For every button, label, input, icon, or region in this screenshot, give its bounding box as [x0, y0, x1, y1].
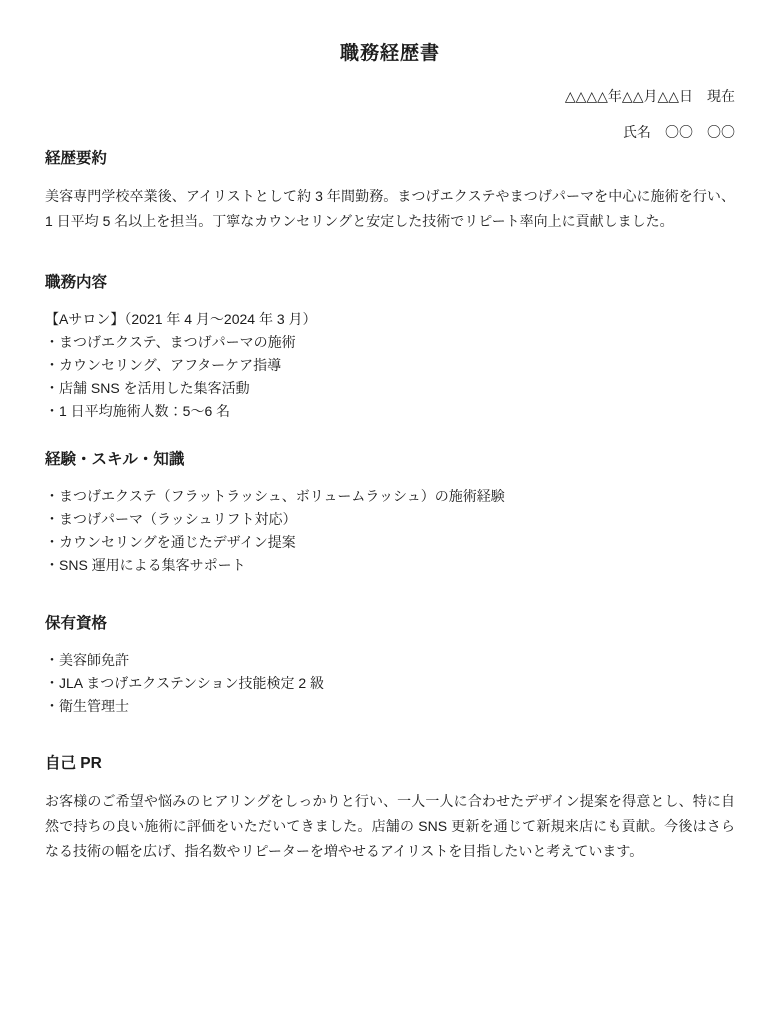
list-item: ・SNS 運用による集客サポート	[45, 554, 735, 577]
list-item: ・店舗 SNS を活用した集客活動	[45, 377, 735, 400]
section-heading-self-pr: 自己 PR	[45, 753, 735, 775]
list-item: ・まつげエクステ、まつげパーマの施術	[45, 331, 735, 354]
document-title: 職務経歴書	[45, 42, 735, 66]
section-heading-skills-knowledge: 経験・スキル・知識	[45, 449, 735, 471]
list-item: ・まつげエクステ（フラットラッシュ、ボリュームラッシュ）の施術経験	[45, 485, 735, 508]
name-line: 氏名 〇〇 〇〇	[45, 124, 735, 140]
section-certifications: 保有資格 ・美容師免許 ・JLA まつげエクステンション技能検定 2 級 ・衛生…	[45, 613, 735, 718]
career-summary-paragraph: 美容専門学校卒業後、アイリストとして約 3 年間勤務。まつげエクステやまつげパー…	[45, 184, 735, 234]
list-item: ・衛生管理士	[45, 695, 735, 718]
section-self-pr: 自己 PR お客様のご希望や悩みのヒアリングをしっかりと行い、一人一人に合わせた…	[45, 753, 735, 864]
list-item: ・JLA まつげエクステンション技能検定 2 級	[45, 672, 735, 695]
certifications-list: ・美容師免許 ・JLA まつげエクステンション技能検定 2 級 ・衛生管理士	[45, 649, 735, 718]
list-item: 【Aサロン】（2021 年 4 月～2024 年 3 月）	[45, 308, 735, 331]
section-job-description: 職務内容 【Aサロン】（2021 年 4 月～2024 年 3 月） ・まつげエ…	[45, 272, 735, 423]
section-career-summary: 経歴要約 美容専門学校卒業後、アイリストとして約 3 年間勤務。まつげエクステや…	[45, 148, 735, 234]
skills-knowledge-list: ・まつげエクステ（フラットラッシュ、ボリュームラッシュ）の施術経験 ・まつげパー…	[45, 485, 735, 577]
section-skills-knowledge: 経験・スキル・知識 ・まつげエクステ（フラットラッシュ、ボリュームラッシュ）の施…	[45, 449, 735, 577]
job-description-list: 【Aサロン】（2021 年 4 月～2024 年 3 月） ・まつげエクステ、ま…	[45, 308, 735, 423]
section-heading-certifications: 保有資格	[45, 613, 735, 635]
list-item: ・1 日平均施術人数：5～6 名	[45, 400, 735, 423]
list-item: ・美容師免許	[45, 649, 735, 672]
date-line: △△△△年△△月△△日 現在	[45, 88, 735, 104]
section-heading-career-summary: 経歴要約	[45, 148, 735, 170]
list-item: ・カウンセリング、アフターケア指導	[45, 354, 735, 377]
list-item: ・まつげパーマ（ラッシュリフト対応）	[45, 508, 735, 531]
section-heading-job-description: 職務内容	[45, 272, 735, 294]
list-item: ・カウンセリングを通じたデザイン提案	[45, 531, 735, 554]
self-pr-paragraph: お客様のご希望や悩みのヒアリングをしっかりと行い、一人一人に合わせたデザイン提案…	[45, 789, 735, 864]
resume-document-page: 職務経歴書 △△△△年△△月△△日 現在 氏名 〇〇 〇〇 経歴要約 美容専門学…	[0, 0, 780, 1009]
